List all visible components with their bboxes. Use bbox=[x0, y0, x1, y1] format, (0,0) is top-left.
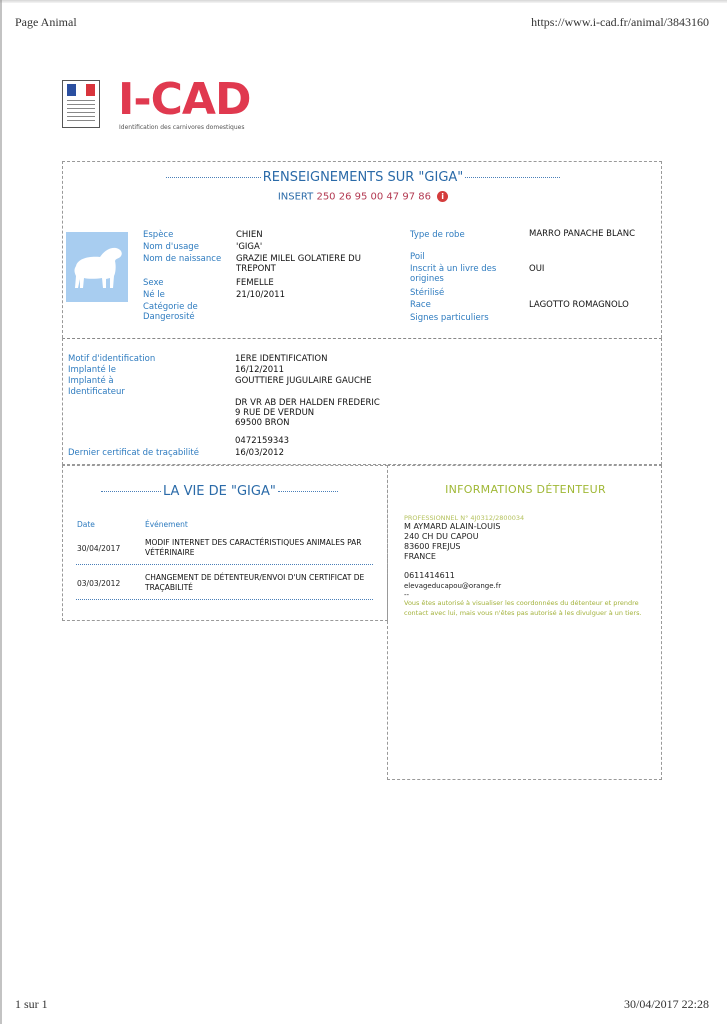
owner-country: FRANCE bbox=[404, 552, 436, 562]
identificateur-city: 69500 BRON bbox=[235, 418, 290, 428]
identification-section: Motif d'identification 1ERE IDENTIFICATI… bbox=[62, 338, 662, 465]
owner-email[interactable]: elevageducapou@orange.fr bbox=[404, 581, 501, 591]
field-value-espece: CHIEN bbox=[236, 230, 263, 240]
row-divider bbox=[76, 564, 373, 565]
print-footer-datetime: 30/04/2017 22:28 bbox=[624, 997, 709, 1012]
scan-edge bbox=[0, 0, 727, 3]
field-value-motif: 1ERE IDENTIFICATION bbox=[235, 354, 327, 364]
field-label-nom-naissance: Nom de naissance bbox=[143, 254, 221, 264]
event-date: 30/04/2017 bbox=[77, 544, 120, 553]
field-value-nom-naissance: GRAZIE MILEL GOLATIERE DU TREPONT bbox=[236, 254, 376, 274]
event-description: CHANGEMENT DE DÉTENTEUR/ENVOI D'UN CERTI… bbox=[145, 573, 365, 593]
section-title: LA VIE DE "GIGA" bbox=[99, 484, 340, 499]
field-label-motif: Motif d'identification bbox=[68, 354, 155, 364]
section-title: RENSEIGNEMENTS SUR "GIGA" bbox=[153, 170, 573, 185]
dog-silhouette-icon bbox=[66, 232, 128, 302]
field-label-race: Race bbox=[410, 300, 431, 310]
field-label-implante-le: Implanté le bbox=[68, 365, 116, 375]
field-value-certificat: 16/03/2012 bbox=[235, 448, 284, 458]
icad-tagline: Identification des carnivores domestique… bbox=[119, 124, 244, 131]
event-description: MODIF INTERNET DES CARACTÉRISTIQUES ANIM… bbox=[145, 538, 365, 558]
field-label-poil: Poil bbox=[410, 252, 425, 262]
renseignements-section: RENSEIGNEMENTS SUR "GIGA" INSERT 250 26 … bbox=[62, 161, 662, 338]
icad-logo: I-CAD bbox=[118, 78, 258, 122]
owner-street: 240 CH DU CAPOU bbox=[404, 532, 479, 542]
field-value-sexe: FEMELLE bbox=[236, 278, 274, 288]
field-label-sexe: Sexe bbox=[143, 278, 163, 288]
field-value-race: LAGOTTO ROMAGNOLO bbox=[529, 300, 629, 310]
event-date: 03/03/2012 bbox=[77, 579, 120, 588]
print-header-url: https://www.i-cad.fr/animal/3843160 bbox=[531, 15, 709, 30]
republique-francaise-logo bbox=[62, 80, 100, 128]
column-header-event: Événement bbox=[145, 520, 188, 529]
identificateur-name: DR VR AB DER HALDEN FREDERIC bbox=[235, 398, 380, 408]
owner-city: 83600 FREJUS bbox=[404, 542, 461, 552]
section-title: INFORMATIONS DÉTENTEUR bbox=[388, 483, 663, 496]
field-label-certificat: Dernier certificat de traçabilité bbox=[68, 448, 199, 458]
identificateur-phone: 0472159343 bbox=[235, 436, 289, 446]
field-label-livre-origines: Inscrit à un livre des origines bbox=[410, 264, 510, 284]
field-label-signes: Signes particuliers bbox=[410, 313, 489, 323]
field-value-ne-le: 21/10/2011 bbox=[236, 290, 285, 300]
field-label-dangerosite: Catégorie de Dangerosité bbox=[143, 302, 213, 322]
field-value-implante-a: GOUTTIERE JUGULAIRE GAUCHE bbox=[235, 376, 372, 386]
insert-number: 250 26 95 00 47 97 86 bbox=[316, 192, 431, 203]
owner-info-section: INFORMATIONS DÉTENTEUR PROFESSIONNEL N° … bbox=[387, 465, 662, 780]
field-value-implante-le: 16/12/2011 bbox=[235, 365, 284, 375]
field-value-livre-origines: OUI bbox=[529, 264, 544, 274]
field-label-nom-usage: Nom d'usage bbox=[143, 242, 199, 252]
info-icon[interactable]: i bbox=[437, 191, 448, 202]
field-value-nom-usage: 'GIGA' bbox=[236, 242, 262, 252]
field-value-type-robe: MARRO PANACHE BLANC bbox=[529, 229, 639, 239]
field-label-espece: Espèce bbox=[143, 230, 173, 240]
icad-brand: I-CAD bbox=[118, 74, 251, 125]
life-events-section: LA VIE DE "GIGA" Date Événement 30/04/20… bbox=[62, 465, 388, 621]
scan-edge bbox=[0, 0, 2, 1024]
row-divider bbox=[76, 599, 373, 600]
print-footer-page: 1 sur 1 bbox=[15, 997, 48, 1012]
column-header-date: Date bbox=[77, 520, 95, 529]
field-label-implante-a: Implanté à bbox=[68, 376, 114, 386]
identificateur-street: 9 RUE DE VERDUN bbox=[235, 408, 314, 418]
insert-label: INSERT bbox=[278, 192, 313, 203]
tricolor-flag-icon bbox=[67, 84, 95, 96]
insert-number-line: INSERT 250 26 95 00 47 97 86 i bbox=[63, 191, 663, 203]
field-label-sterilise: Stérilisé bbox=[410, 288, 444, 298]
print-header-title: Page Animal bbox=[15, 15, 77, 30]
owner-name: M AYMARD ALAIN-LOUIS bbox=[404, 522, 500, 532]
professional-number: PROFESSIONNEL N° 4J0312/2800034 bbox=[404, 514, 524, 522]
field-label-identificateur: Identificateur bbox=[68, 387, 125, 397]
field-label-ne-le: Né le bbox=[143, 290, 165, 300]
owner-phone: 0611414611 bbox=[404, 571, 455, 581]
field-label-type-robe: Type de robe bbox=[410, 230, 465, 240]
privacy-notice: Vous êtes autorisé à visualiser les coor… bbox=[404, 598, 649, 618]
